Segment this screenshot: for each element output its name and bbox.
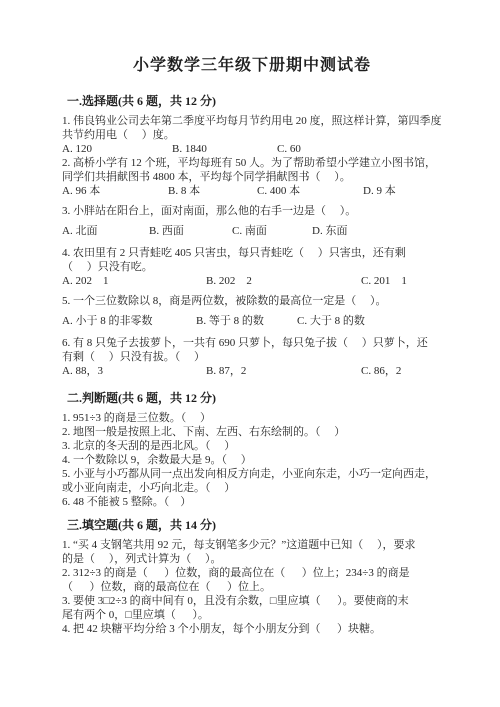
- question-line: 4. 把 42 块糖平均分给 3 个小朋友，每个小朋友分到（ ）块糖。: [62, 622, 442, 636]
- option-a: A. 小于 8 的非零数: [62, 314, 196, 328]
- option-c: C. 86，2: [361, 364, 401, 378]
- question-line: 2. 高桥小学有 12 个班，平均每班有 50 人。为了帮助希望小学建立小图书馆…: [62, 156, 442, 170]
- option-c: C. 400 本: [257, 184, 363, 198]
- question-line: 4. 农田里有 2 只青蛙吃 405 只害虫，每只青蛙吃（ ）只害虫，还有剩: [62, 246, 442, 260]
- options-row: A. 202 1 B. 202 2 C. 201 1: [62, 274, 442, 288]
- question-line: 3. 小胖站在阳台上，面对南面，那么他的右手一边是（ ）。: [62, 204, 442, 218]
- options-row: A. 北面 B. 西面 C. 南面 D. 东面: [62, 224, 442, 238]
- option-a: A. 202 1: [62, 274, 206, 288]
- option-c: C. 大于 8 的数: [297, 314, 365, 328]
- option-a: A. 88，3: [62, 364, 206, 378]
- question-line: 2. 地图一般是按照上北、下南、左西、右东绘制的。（ ）: [62, 425, 442, 439]
- question-line: 5. 一个三位数除以 8，商是两位数，被除数的最高位一定是（ ）。: [62, 294, 442, 308]
- options-row: A. 120 B. 1840 C. 60: [62, 142, 442, 156]
- section-multiple-choice: 一.选择题(共 6 题，共 12 分) 1. 伟良钨业公司去年第二季度平均每月节…: [62, 93, 442, 378]
- option-b: B. 202 2: [206, 274, 361, 288]
- question-line: 6. 有 8 只兔子去拔萝卜，一共有 690 只萝卜，每只兔子拔（ ）只萝卜，还: [62, 336, 442, 350]
- question-line: （ ）只没有吃。: [62, 260, 442, 274]
- section-fill-blank: 三.填空题(共 6 题，共 14 分) 1. “买 4 支钢笔共用 92 元，每…: [62, 517, 442, 636]
- option-a: A. 96 本: [62, 184, 168, 198]
- options-row: A. 88，3 B. 87，2 C. 86，2: [62, 364, 442, 378]
- exam-paper-page: 小学数学三年级下册期中测试卷 一.选择题(共 6 题，共 12 分) 1. 伟良…: [0, 0, 500, 707]
- question-line: 5. 小亚与小巧都从同一点出发向相反方向走，小亚向东走，小巧一定向西走，: [62, 467, 442, 481]
- option-b: B. 等于 8 的数: [196, 314, 297, 328]
- question-line: （ ）位数，商的最高位在（ ）位上。: [62, 580, 442, 594]
- option-a: A. 北面: [62, 224, 149, 238]
- section-heading-judge: 二.判断题(共 6 题，共 12 分): [62, 390, 442, 406]
- option-c: C. 南面: [232, 224, 312, 238]
- option-d: D. 9 本: [363, 184, 396, 198]
- option-b: B. 87，2: [206, 364, 361, 378]
- options-row: A. 小于 8 的非零数 B. 等于 8 的数 C. 大于 8 的数: [62, 314, 442, 328]
- question-line: 共节约用电（ ）度。: [62, 128, 442, 142]
- question-line: 1. 951÷3 的商是三位数。（ ）: [62, 411, 442, 425]
- question-line: 或小亚向南走，小巧向北走。（ ）: [62, 481, 442, 495]
- question-line: 4. 一个数除以 9，余数最大是 9。（ ）: [62, 453, 442, 467]
- question-line: 6. 48 不能被 5 整除。（ ）: [62, 495, 442, 509]
- question-line: 2. 312÷3 的商是（ ）位数，商的最高位在（ ）位上；234÷3 的商是: [62, 566, 442, 580]
- question-line: 3. 北京的冬天刮的是西北风。（ ）: [62, 439, 442, 453]
- paper-title: 小学数学三年级下册期中测试卷: [62, 55, 442, 77]
- question-line: 有剩（ ）只没有拔。（ ）: [62, 350, 442, 364]
- question-line: 1. 伟良钨业公司去年第二季度平均每月节约用电 20 度，照这样计算，第四季度: [62, 114, 442, 128]
- section-true-false: 二.判断题(共 6 题，共 12 分) 1. 951÷3 的商是三位数。（ ） …: [62, 390, 442, 509]
- option-b: B. 8 本: [168, 184, 257, 198]
- option-c: C. 60: [277, 142, 301, 156]
- section-heading-fill: 三.填空题(共 6 题，共 14 分): [62, 517, 442, 533]
- question-line: 的是（ ），列式计算为（ ）。: [62, 552, 442, 566]
- option-b: B. 西面: [149, 224, 232, 238]
- option-d: D. 东面: [312, 224, 347, 238]
- question-line: 1. “买 4 支钢笔共用 92 元，每支钢笔多少元？”这道题中已知（ ），要求: [62, 538, 442, 552]
- options-row: A. 96 本 B. 8 本 C. 400 本 D. 9 本: [62, 184, 442, 198]
- question-line: 尾有两个 0，□里应填（ ）。: [62, 608, 442, 622]
- question-line: 3. 要使 3□2÷3 的商中间有 0，且没有余数，□里应填（ ）。要使商的末: [62, 594, 442, 608]
- question-line: 同学们共捐献图书 4800 本，平均每个同学捐献图书（ ）。: [62, 170, 442, 184]
- option-a: A. 120: [62, 142, 172, 156]
- option-c: C. 201 1: [361, 274, 407, 288]
- option-b: B. 1840: [172, 142, 277, 156]
- section-heading-choice: 一.选择题(共 6 题，共 12 分): [62, 93, 442, 109]
